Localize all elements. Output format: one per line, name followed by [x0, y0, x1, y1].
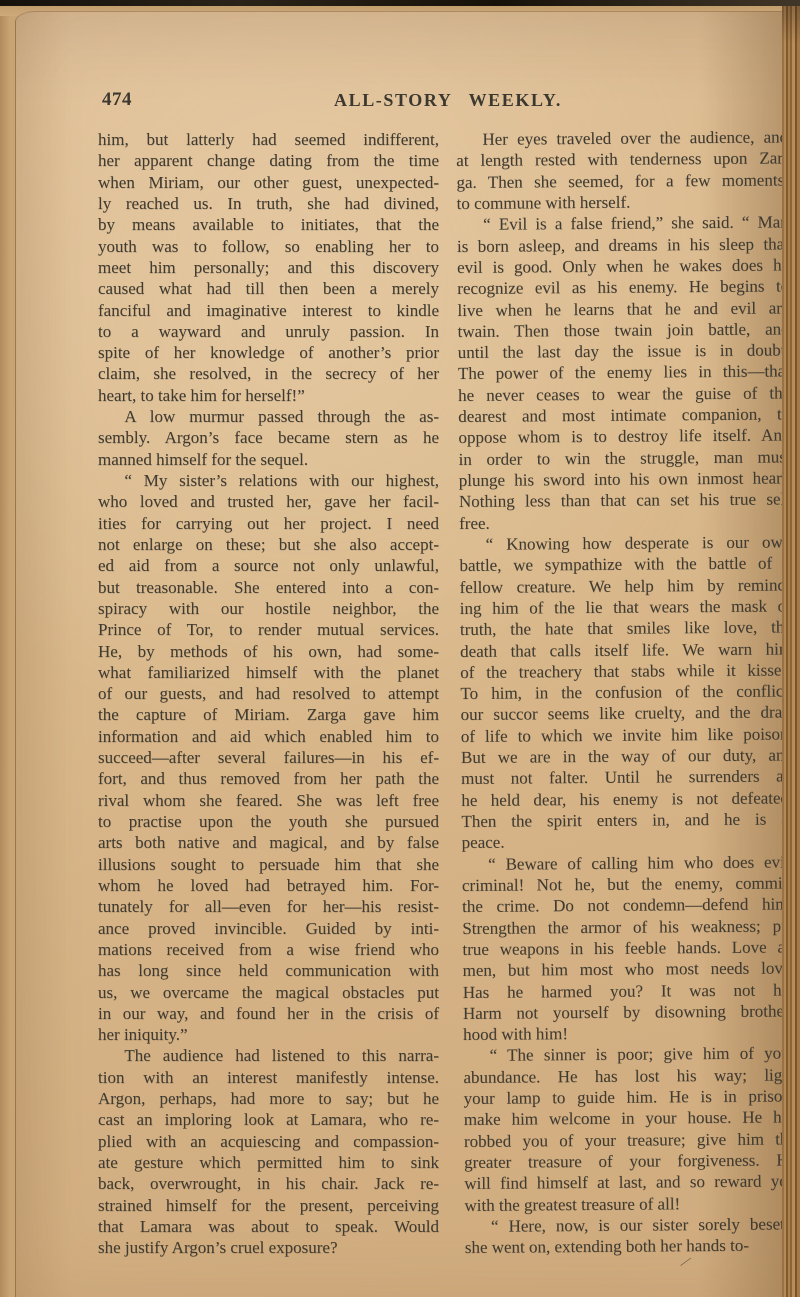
text-line: information and aid which enabled him to [98, 726, 439, 747]
text-line: she went on, extending both her hands to… [465, 1235, 797, 1259]
text-line: The audience had listened to this narra- [98, 1045, 439, 1066]
text-line: of life to which we invite him like pois… [461, 723, 793, 747]
text-line: he held dear, his enemy is not defeated. [461, 787, 793, 811]
text-line: greater treasure of your forgiveness. He [464, 1149, 796, 1173]
text-line: oppose whom is to destroy life itself. A… [458, 425, 790, 449]
paragraph: “ Beware of calling him who does evil,cr… [462, 851, 795, 1045]
text-line: Strengthen the armor of his weakness; pu… [462, 915, 794, 939]
text-line: to commune with herself. [457, 190, 789, 214]
text-line: manned himself for the sequel. [98, 449, 439, 470]
text-line: cast an imploring look at Lamara, who re… [98, 1109, 439, 1130]
left-text-column: him, but latterly had seemed indifferent… [98, 129, 439, 1259]
text-line: Argon, perhaps, had more to say; but he [98, 1088, 439, 1109]
text-line: peace. [462, 830, 794, 854]
text-line: by means available to initiates, that th… [98, 214, 439, 235]
text-line: has long since held communication with [98, 960, 439, 981]
text-line: Prince of Tor, to render mutual services… [98, 619, 439, 640]
text-line: strained himself for the present, percei… [98, 1195, 439, 1216]
text-line: robbed you of your treasure; give him th… [464, 1128, 796, 1152]
text-line: ga. Then she seemed, for a few moments, [456, 169, 788, 193]
text-line: heart, to take him for herself!” [98, 385, 439, 406]
paragraph: “ Here, now, is our sister sorely beset,… [465, 1213, 797, 1258]
text-line: mations received from a wise friend who [98, 939, 439, 960]
text-line: ities for carrying out her project. I ne… [98, 513, 439, 534]
paragraph: “ The sinner is poor; give him of yourab… [463, 1043, 796, 1216]
text-line: she justify Argon’s cruel exposure? [98, 1237, 439, 1258]
text-line: Her eyes traveled over the audience, and [456, 126, 788, 150]
text-line: ing him of the lie that wears the mask o… [460, 595, 792, 619]
text-line: ed aid from a source not only unlawful, [98, 555, 439, 576]
text-line: not enlarge on these; but she also accep… [98, 534, 439, 555]
text-line: claim, she resolved, in the secrecy of h… [98, 363, 439, 384]
text-line: ly reached us. In truth, she had divined… [98, 193, 439, 214]
text-line: spite of her knowledge of another’s prio… [98, 342, 439, 363]
text-line: will find himself at last, and so reward… [464, 1171, 796, 1195]
text-line: battle, we sympathize with the battle of… [459, 553, 791, 577]
text-line: of the treachery that stabs while it kis… [460, 659, 792, 683]
text-line: who loved and trusted her, gave her faci… [98, 491, 439, 512]
text-line: arts both native and magical, and by fal… [98, 832, 439, 853]
text-line: at length rested with tenderness upon Za… [456, 148, 788, 172]
text-line: to practise upon the youth she pursued [98, 811, 439, 832]
text-line: “ Beware of calling him who does evil, [462, 851, 794, 875]
text-line: youth was to follow, so enabling her to [98, 236, 439, 257]
book-page-stack-edge [782, 4, 800, 1297]
text-line: To him, in the confusion of the conflict… [460, 681, 792, 705]
text-line: “ The sinner is poor; give him of your [463, 1043, 795, 1067]
text-line: the capture of Miriam. Zarga gave him [98, 704, 439, 725]
text-line: abundance. He has lost his way; light [463, 1064, 795, 1088]
right-text-column: Her eyes traveled over the audience, and… [456, 126, 797, 1258]
text-line: her iniquity.” [98, 1024, 439, 1045]
text-line: fellow creature. We help him by remind- [460, 574, 792, 598]
text-line: death that calls itself life. We warn hi… [460, 638, 792, 662]
text-line: must not falter. Until he surrenders all [461, 766, 793, 790]
text-line: succeed—after several failures—in his ef… [98, 747, 439, 768]
text-line: is born asleep, and dreams in his sleep … [457, 233, 789, 257]
text-line: your lamp to guide him. He is in prison; [464, 1085, 796, 1109]
text-line: of our guests, and had resolved to attem… [98, 683, 439, 704]
paragraph: him, but latterly had seemed indifferent… [98, 129, 439, 406]
scanned-magazine-page: 474 ALL-STORY WEEKLY. him, but latterly … [0, 0, 800, 1297]
text-line: whom he loved had betrayed him. For- [98, 875, 439, 896]
paragraph: Her eyes traveled over the audience, and… [456, 126, 789, 214]
text-line: when Miriam, our other guest, unexpected… [98, 172, 439, 193]
text-line: true weapons in his feeble hands. Love a… [462, 936, 794, 960]
text-line: fanciful and imaginative interest to kin… [98, 300, 439, 321]
text-line: Has he harmed you? It was not he! [463, 979, 795, 1003]
text-line: to a wayward and unruly passion. In [98, 321, 439, 342]
text-line: Nothing less than that can set his true … [459, 489, 791, 513]
text-line: in our way, and found her in the crisis … [98, 1003, 439, 1024]
text-line: truth, the hate that smiles like love, t… [460, 617, 792, 641]
text-line: make him welcome in your house. He has [464, 1107, 796, 1131]
text-line: The power of the enemy lies in this—that [458, 361, 790, 385]
text-line: her apparent change dating from the time [98, 150, 439, 171]
text-line: he never ceases to wear the guise of the [458, 382, 790, 406]
text-line: criminal! Not he, but the enemy, commits [462, 872, 794, 896]
text-line: tion with an interest manifestly intense… [98, 1067, 439, 1088]
text-line: illusions sought to persuade him that sh… [98, 854, 439, 875]
text-line: “ Knowing how desperate is our own [459, 531, 791, 555]
text-line: dearest and most intimate companion, to [458, 403, 790, 427]
page-number: 474 [102, 89, 132, 111]
text-line: ate gesture which permitted him to sink [98, 1152, 439, 1173]
text-line: back, overwrought, in his chair. Jack re… [98, 1173, 439, 1194]
text-line: Harm not yourself by disowning brother- [463, 1000, 795, 1024]
text-line: ance proved invincible. Guided by inti- [98, 918, 439, 939]
text-line: sembly. Argon’s face became stern as he [98, 427, 439, 448]
text-line: with the greatest treasure of all! [464, 1192, 796, 1216]
paragraph: The audience had listened to this narra-… [98, 1045, 439, 1258]
text-line: hood with him! [463, 1021, 795, 1045]
text-line: him, but latterly had seemed indifferent… [98, 129, 439, 150]
paragraph: “ My sister’s relations with our highest… [98, 470, 439, 1045]
text-line: men, but him most who most needs love. [463, 958, 795, 982]
text-line: but treasonable. She entered into a con- [98, 577, 439, 598]
text-line: the crime. Do not condemn—defend him! [462, 894, 794, 918]
text-line: He, by methods of his own, had some- [98, 641, 439, 662]
text-line: plied with an acquiescing and compassion… [98, 1131, 439, 1152]
text-line: rival whom she feared. She was left free [98, 790, 439, 811]
text-line: in order to win the struggle, man must [459, 446, 791, 470]
text-line: fort, and thus removed from her path the [98, 768, 439, 789]
paragraph: “ Evil is a false friend,” she said. “ M… [457, 212, 792, 534]
scan-top-edge [0, 0, 800, 6]
text-line: that Lamara was about to speak. Would [98, 1216, 439, 1237]
text-line: twain. Then those twain join battle, and [458, 318, 790, 342]
text-line: plunge his sword into his own inmost hea… [459, 467, 791, 491]
text-line: evil is good. Only when he wakes does he [457, 254, 789, 278]
text-line: “ Evil is a false friend,” she said. “ M… [457, 212, 789, 236]
text-line: tunately for all—even for her—his resist… [98, 896, 439, 917]
text-line: meet him personally; and this discovery [98, 257, 439, 278]
text-line: live when he learns that he and evil are [457, 297, 789, 321]
text-line: caused what had till then been a merely [98, 278, 439, 299]
text-line: Then the spirit enters in, and he is at [461, 808, 793, 832]
text-line: recognize evil as his enemy. He begins t… [457, 276, 789, 300]
text-line: A low murmur passed through the as- [98, 406, 439, 427]
journal-title: ALL-STORY WEEKLY. [248, 90, 648, 111]
text-line: spiracy with our hostile neighbor, the [98, 598, 439, 619]
text-line: “ My sister’s relations with our highest… [98, 470, 439, 491]
text-line: us, we overcame the magical obstacles pu… [98, 982, 439, 1003]
text-line: our succor seems like cruelty, and the d… [461, 702, 793, 726]
paragraph: “ Knowing how desperate is our ownbattle… [459, 531, 794, 853]
text-line: until the last day the issue is in doubt… [458, 340, 790, 364]
text-line: But we are in the way of our duty, and [461, 744, 793, 768]
page: 474 ALL-STORY WEEKLY. him, but latterly … [15, 11, 783, 1297]
paragraph: A low murmur passed through the as-sembl… [98, 406, 439, 470]
text-line: “ Here, now, is our sister sorely beset,… [465, 1213, 797, 1237]
text-line: free. [459, 510, 791, 534]
text-line: what familiarized himself with the plane… [98, 662, 439, 683]
